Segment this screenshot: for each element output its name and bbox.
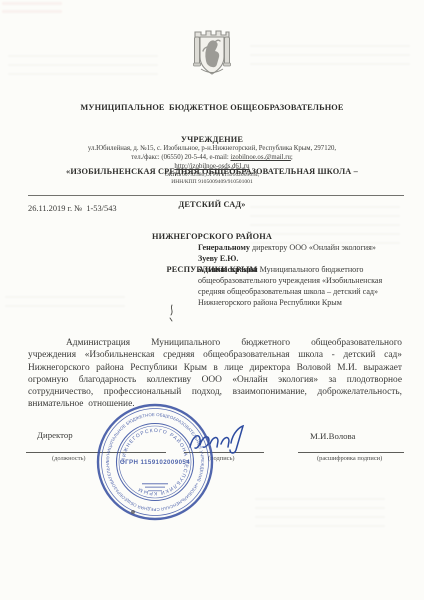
org-header-line: НИЖНЕГОРСКОГО РАЙОНА — [0, 232, 424, 243]
signer-name: М.И.Волова — [310, 431, 355, 441]
addressee-person: Зуеву Е.Ю. — [198, 254, 238, 263]
official-seal-stamp: МУНИЦИПАЛЬНОЕ БЮДЖЕТНОЕ ОБЩЕОБРАЗОВАТЕЛЬ… — [92, 399, 218, 525]
date-reference-line: 26.11.2019 г. № 1-53/543 — [28, 204, 117, 213]
addressee-line: средняя общеобразовательная школа – детс… — [198, 287, 414, 298]
addressee-role-bold: Генеральному — [198, 243, 250, 252]
addressee-line: Администрации Муниципального бюджетного — [198, 265, 414, 276]
addressee-line: Генеральному директору ООО «Онлайн эколо… — [198, 243, 414, 254]
stamp-microtext-line — [145, 487, 165, 488]
addressee-role-rest: директору ООО «Онлайн экология» — [250, 243, 376, 252]
addressee-line: Нижнегорского района Республики Крым — [198, 298, 414, 309]
caption-position: (должность) — [52, 455, 86, 462]
signer-position-label: Директор — [37, 430, 73, 440]
okpo-ogrn-line: ОКПО 00792586,ОГРН 1159102009054; — [0, 172, 424, 179]
email-link: izobilnoe.os.@mail.ru — [230, 154, 290, 161]
postal-address: ул.Юбилейная, д. №15, с. Изобильное, р-н… — [0, 144, 424, 153]
letterhead-divider — [28, 195, 404, 196]
stamp-center-ogrn: ОГРН 1159102009054 — [120, 459, 190, 466]
bleedthrough-artifact — [255, 498, 385, 533]
addressee-line: Зуеву Е.Ю. — [198, 254, 414, 265]
ink-dot-mark — [131, 510, 135, 514]
phone-label: тел./факс: (06550) 20-5-44, e-mail: — [131, 154, 230, 161]
contacts-block: ул.Юбилейная, д. №15, с. Изобильное, р-н… — [0, 144, 424, 186]
email-suffix: ; — [291, 154, 293, 161]
bleedthrough-artifact — [8, 55, 158, 77]
bleedthrough-artifact — [5, 296, 125, 308]
coat-of-arms-emblem — [192, 27, 232, 81]
website-link: http://izobilnoe-osds.d61.ru — [0, 162, 424, 171]
bleedthrough-artifact — [250, 45, 410, 71]
ink-mark — [166, 303, 178, 323]
bleedthrough-artifact — [2, 2, 62, 16]
caption-name-decode: (расшифровка подписи) — [317, 455, 382, 462]
stamp-microtext-line — [142, 483, 168, 484]
stamp-microtext-line — [148, 490, 162, 491]
sender-lead-rest: Муниципального бюджетного — [258, 265, 364, 274]
scanned-letter-page: МУНИЦИПАЛЬНОЕ БЮДЖЕТНОЕ ОБЩЕОБРАЗОВАТЕЛЬ… — [0, 0, 424, 600]
signature-underline-name — [298, 452, 404, 453]
addressee-block: Генеральному директору ООО «Онлайн эколо… — [198, 243, 414, 308]
phone-email-line: тел./факс: (06550) 20-5-44, e-mail: izob… — [0, 153, 424, 162]
inn-kpp-line: ИНН/КПП 9105009409/910501001 — [0, 179, 424, 186]
addressee-line: общеобразовательного учреждения «Изобиль… — [198, 276, 414, 287]
org-header-line: МУНИЦИПАЛЬНОЕ БЮДЖЕТНОЕ ОБЩЕОБРАЗОВАТЕЛЬ… — [0, 103, 424, 114]
sender-lead-bold: Администрации — [198, 265, 258, 274]
